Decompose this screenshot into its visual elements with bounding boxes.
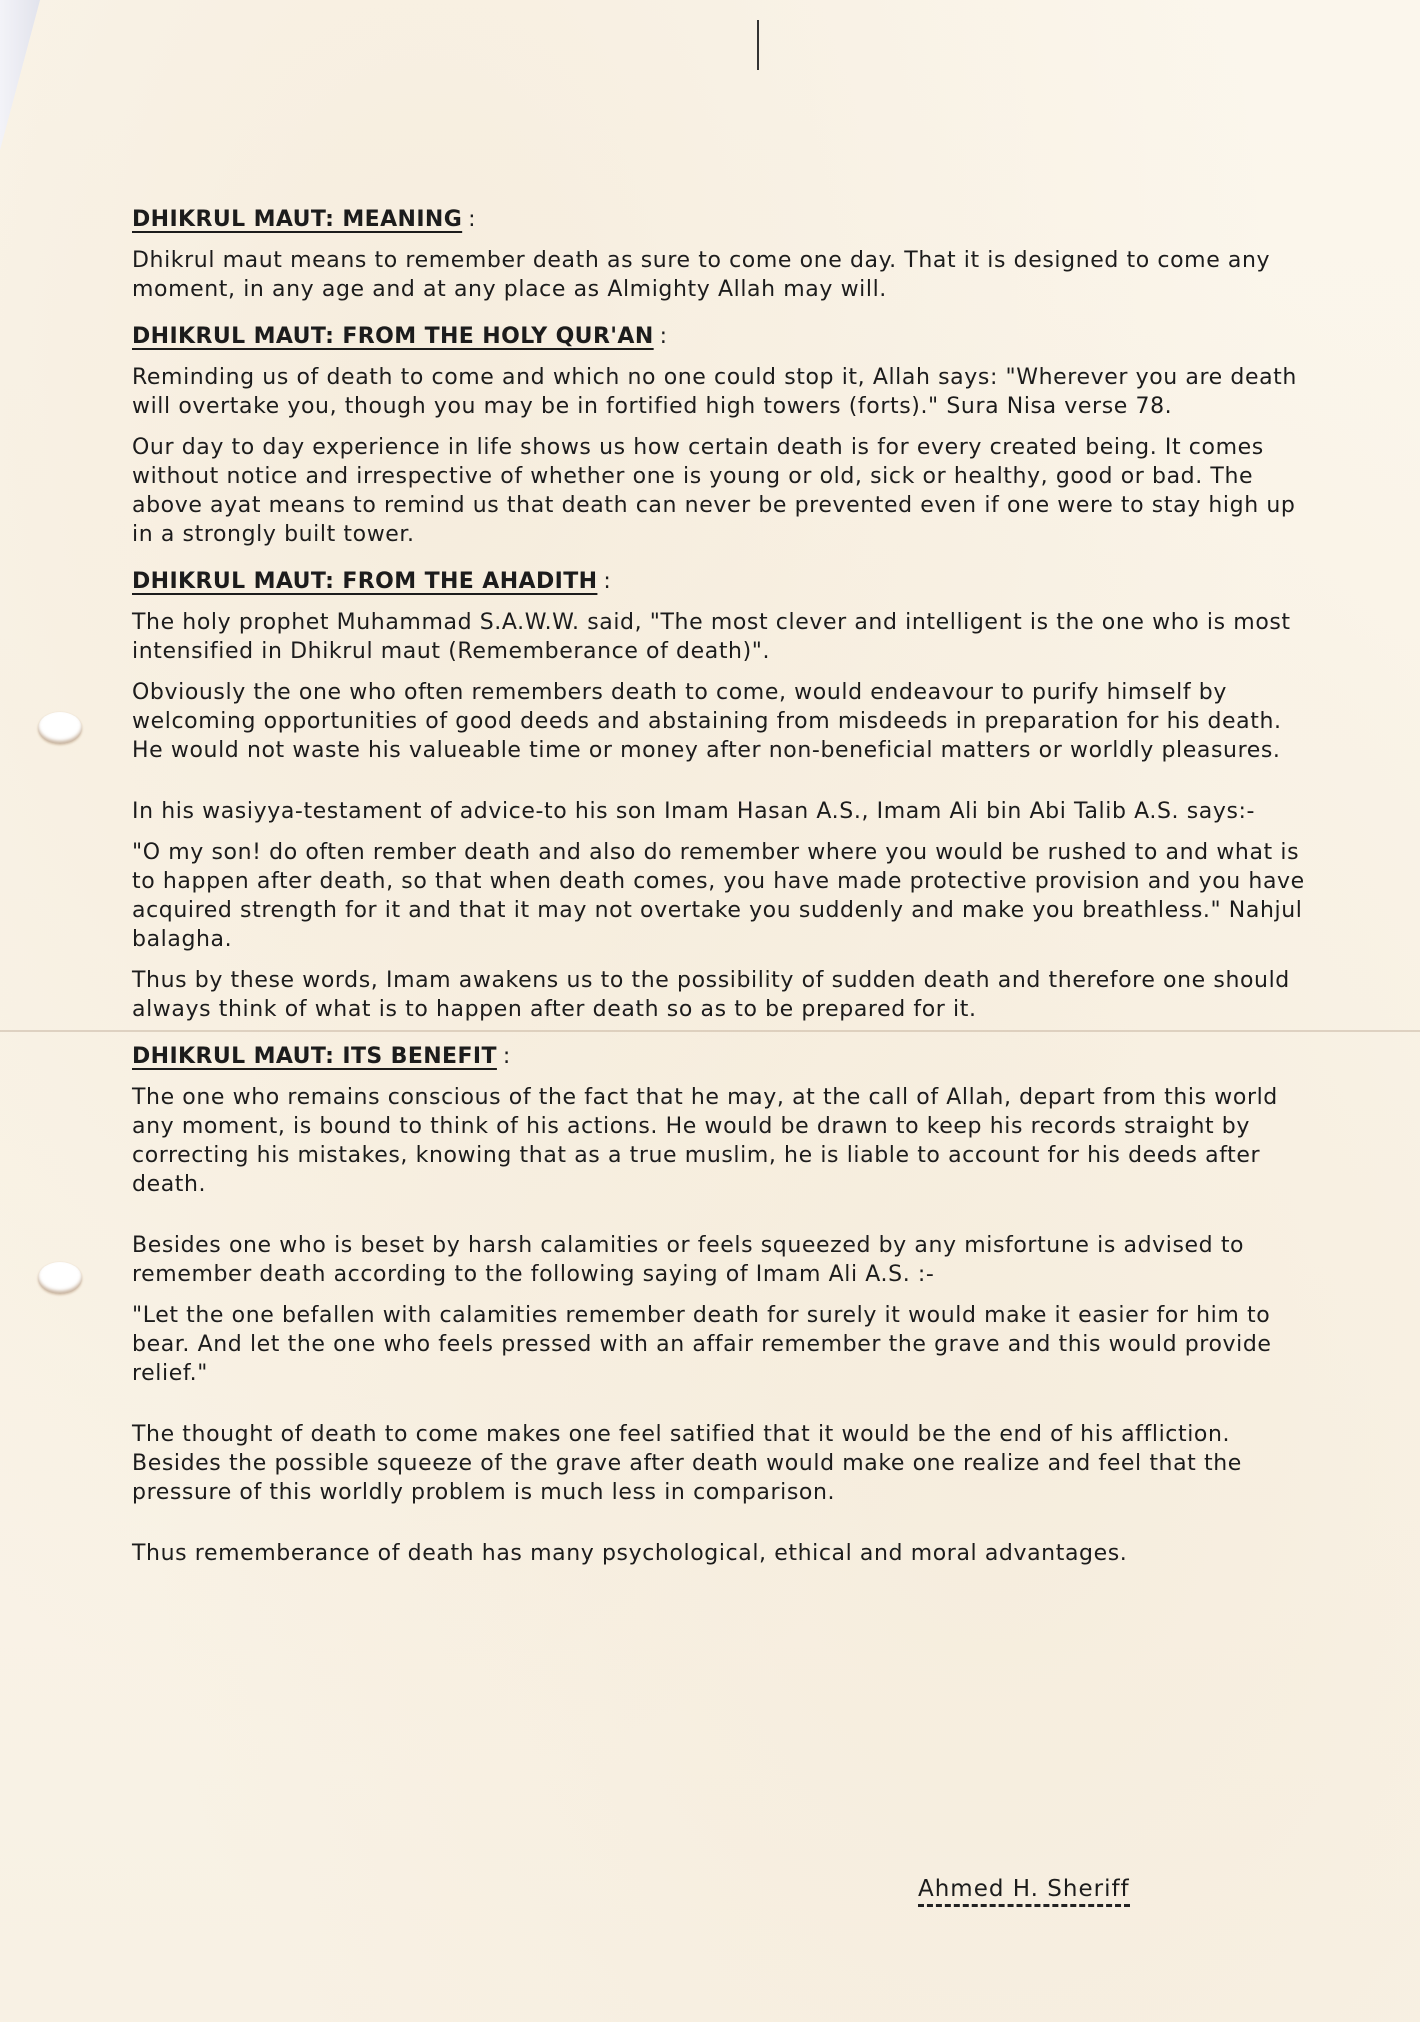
paragraph: The thought of death to come makes one f… bbox=[132, 1420, 1312, 1507]
punch-hole bbox=[38, 712, 82, 744]
heading-colon: : bbox=[468, 207, 476, 232]
paragraph: The holy prophet Muhammad S.A.W.W. said,… bbox=[132, 608, 1312, 666]
paragraph: In his wasiyya-testament of advice-to hi… bbox=[132, 797, 1312, 826]
heading-colon: : bbox=[660, 324, 668, 349]
paragraph: Thus rememberance of death has many psyc… bbox=[132, 1539, 1312, 1568]
paragraph: Obviously the one who often remembers de… bbox=[132, 678, 1312, 765]
paragraph: Our day to day experience in life shows … bbox=[132, 433, 1312, 549]
section-heading: DHIKRUL MAUT: ITS BENEFIT bbox=[132, 1042, 497, 1071]
ink-mark bbox=[757, 20, 759, 70]
punch-hole bbox=[38, 1262, 82, 1294]
paragraph: Reminding us of death to come and which … bbox=[132, 363, 1312, 421]
section-heading: DHIKRUL MAUT: FROM THE HOLY QUR'AN bbox=[132, 322, 654, 351]
author-signature: Ahmed H. Sheriff bbox=[918, 1876, 1130, 1907]
quotation: "Let the one befallen with calamities re… bbox=[132, 1301, 1312, 1388]
quotation: "O my son! do often rember death and als… bbox=[132, 838, 1312, 954]
section-benefit: DHIKRUL MAUT: ITS BENEFIT: The one who r… bbox=[132, 1042, 1312, 1568]
paragraph: Dhikrul maut means to remember death as … bbox=[132, 246, 1312, 304]
document-body: DHIKRUL MAUT: MEANING: Dhikrul maut mean… bbox=[132, 205, 1312, 1568]
heading-colon: : bbox=[503, 1044, 511, 1069]
paragraph: The one who remains conscious of the fac… bbox=[132, 1083, 1312, 1199]
section-ahadith: DHIKRUL MAUT: FROM THE AHADITH: The holy… bbox=[132, 567, 1312, 1024]
heading-colon: : bbox=[603, 569, 611, 594]
section-quran: DHIKRUL MAUT: FROM THE HOLY QUR'AN: Remi… bbox=[132, 322, 1312, 549]
section-heading: DHIKRUL MAUT: MEANING bbox=[132, 205, 462, 234]
section-meaning: DHIKRUL MAUT: MEANING: Dhikrul maut mean… bbox=[132, 205, 1312, 304]
paragraph: Besides one who is beset by harsh calami… bbox=[132, 1231, 1312, 1289]
paragraph: Thus by these words, Imam awakens us to … bbox=[132, 966, 1312, 1024]
section-heading: DHIKRUL MAUT: FROM THE AHADITH bbox=[132, 567, 597, 596]
